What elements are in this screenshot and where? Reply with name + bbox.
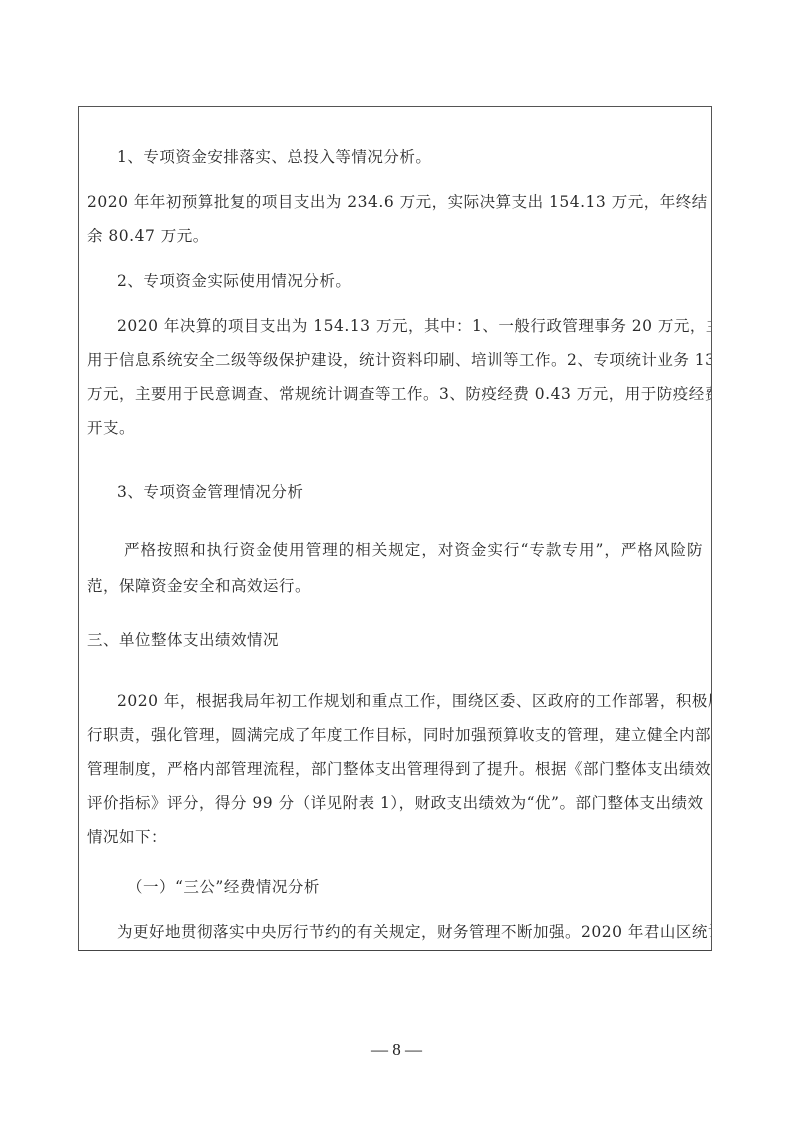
paragraph-usage-line-3: 万元，主要用于民意调查、常规统计调查等工作。3、防疫经费 0.43 万元，用于防… — [79, 384, 711, 404]
subheading-three-public-expenses: （一）“三公”经费情况分析 — [79, 877, 711, 897]
paragraph-usage-line-1: 2020 年决算的项目支出为 154.13 万元，其中：1、一般行政管理事务 2… — [79, 316, 711, 336]
heading-special-funds-management: 3、专项资金管理情况分析 — [79, 482, 711, 502]
heading-special-funds-usage: 2、专项资金实际使用情况分析。 — [79, 271, 711, 291]
paragraph-three-public-line-1: 为更好地贯彻落实中央厉行节约的有关规定，财务管理不断加强。2020 年君山区统计 — [79, 922, 711, 942]
section-heading-overall-performance: 三、单位整体支出绩效情况 — [79, 630, 711, 650]
paragraph-budget-line-2: 余 80.47 万元。 — [79, 226, 711, 246]
document-frame: 1、专项资金安排落实、总投入等情况分析。 2020 年年初预算批复的项目支出为 … — [78, 106, 712, 951]
paragraph-usage-line-2: 用于信息系统安全二级等级保护建设，统计资料印刷、培训等工作。2、专项统计业务 1… — [79, 350, 711, 370]
paragraph-performance-line-4: 评价指标》评分，得分 99 分（详见附表 1），财政支出绩效为“优”。部门整体支… — [79, 793, 711, 813]
paragraph-performance-line-5: 情况如下： — [79, 827, 711, 847]
paragraph-performance-line-1: 2020 年，根据我局年初工作规划和重点工作，围绕区委、区政府的工作部署，积极履 — [79, 691, 711, 711]
heading-special-funds-arrangement: 1、专项资金安排落实、总投入等情况分析。 — [79, 147, 711, 167]
paragraph-performance-line-3: 管理制度，严格内部管理流程，部门整体支出管理得到了提升。根据《部门整体支出绩效 — [79, 759, 711, 779]
paragraph-performance-line-2: 行职责，强化管理，圆满完成了年度工作目标，同时加强预算收支的管理，建立健全内部 — [79, 725, 711, 745]
paragraph-management-line-1: 严格按照和执行资金使用管理的相关规定，对资金实行“专款专用”，严格风险防 — [79, 540, 711, 560]
page-number: — 8 — — [0, 1040, 793, 1060]
paragraph-budget-line-1: 2020 年年初预算批复的项目支出为 234.6 万元，实际决算支出 154.1… — [79, 192, 711, 212]
paragraph-usage-line-4: 开支。 — [79, 418, 711, 438]
paragraph-management-line-2: 范，保障资金安全和高效运行。 — [79, 576, 711, 596]
